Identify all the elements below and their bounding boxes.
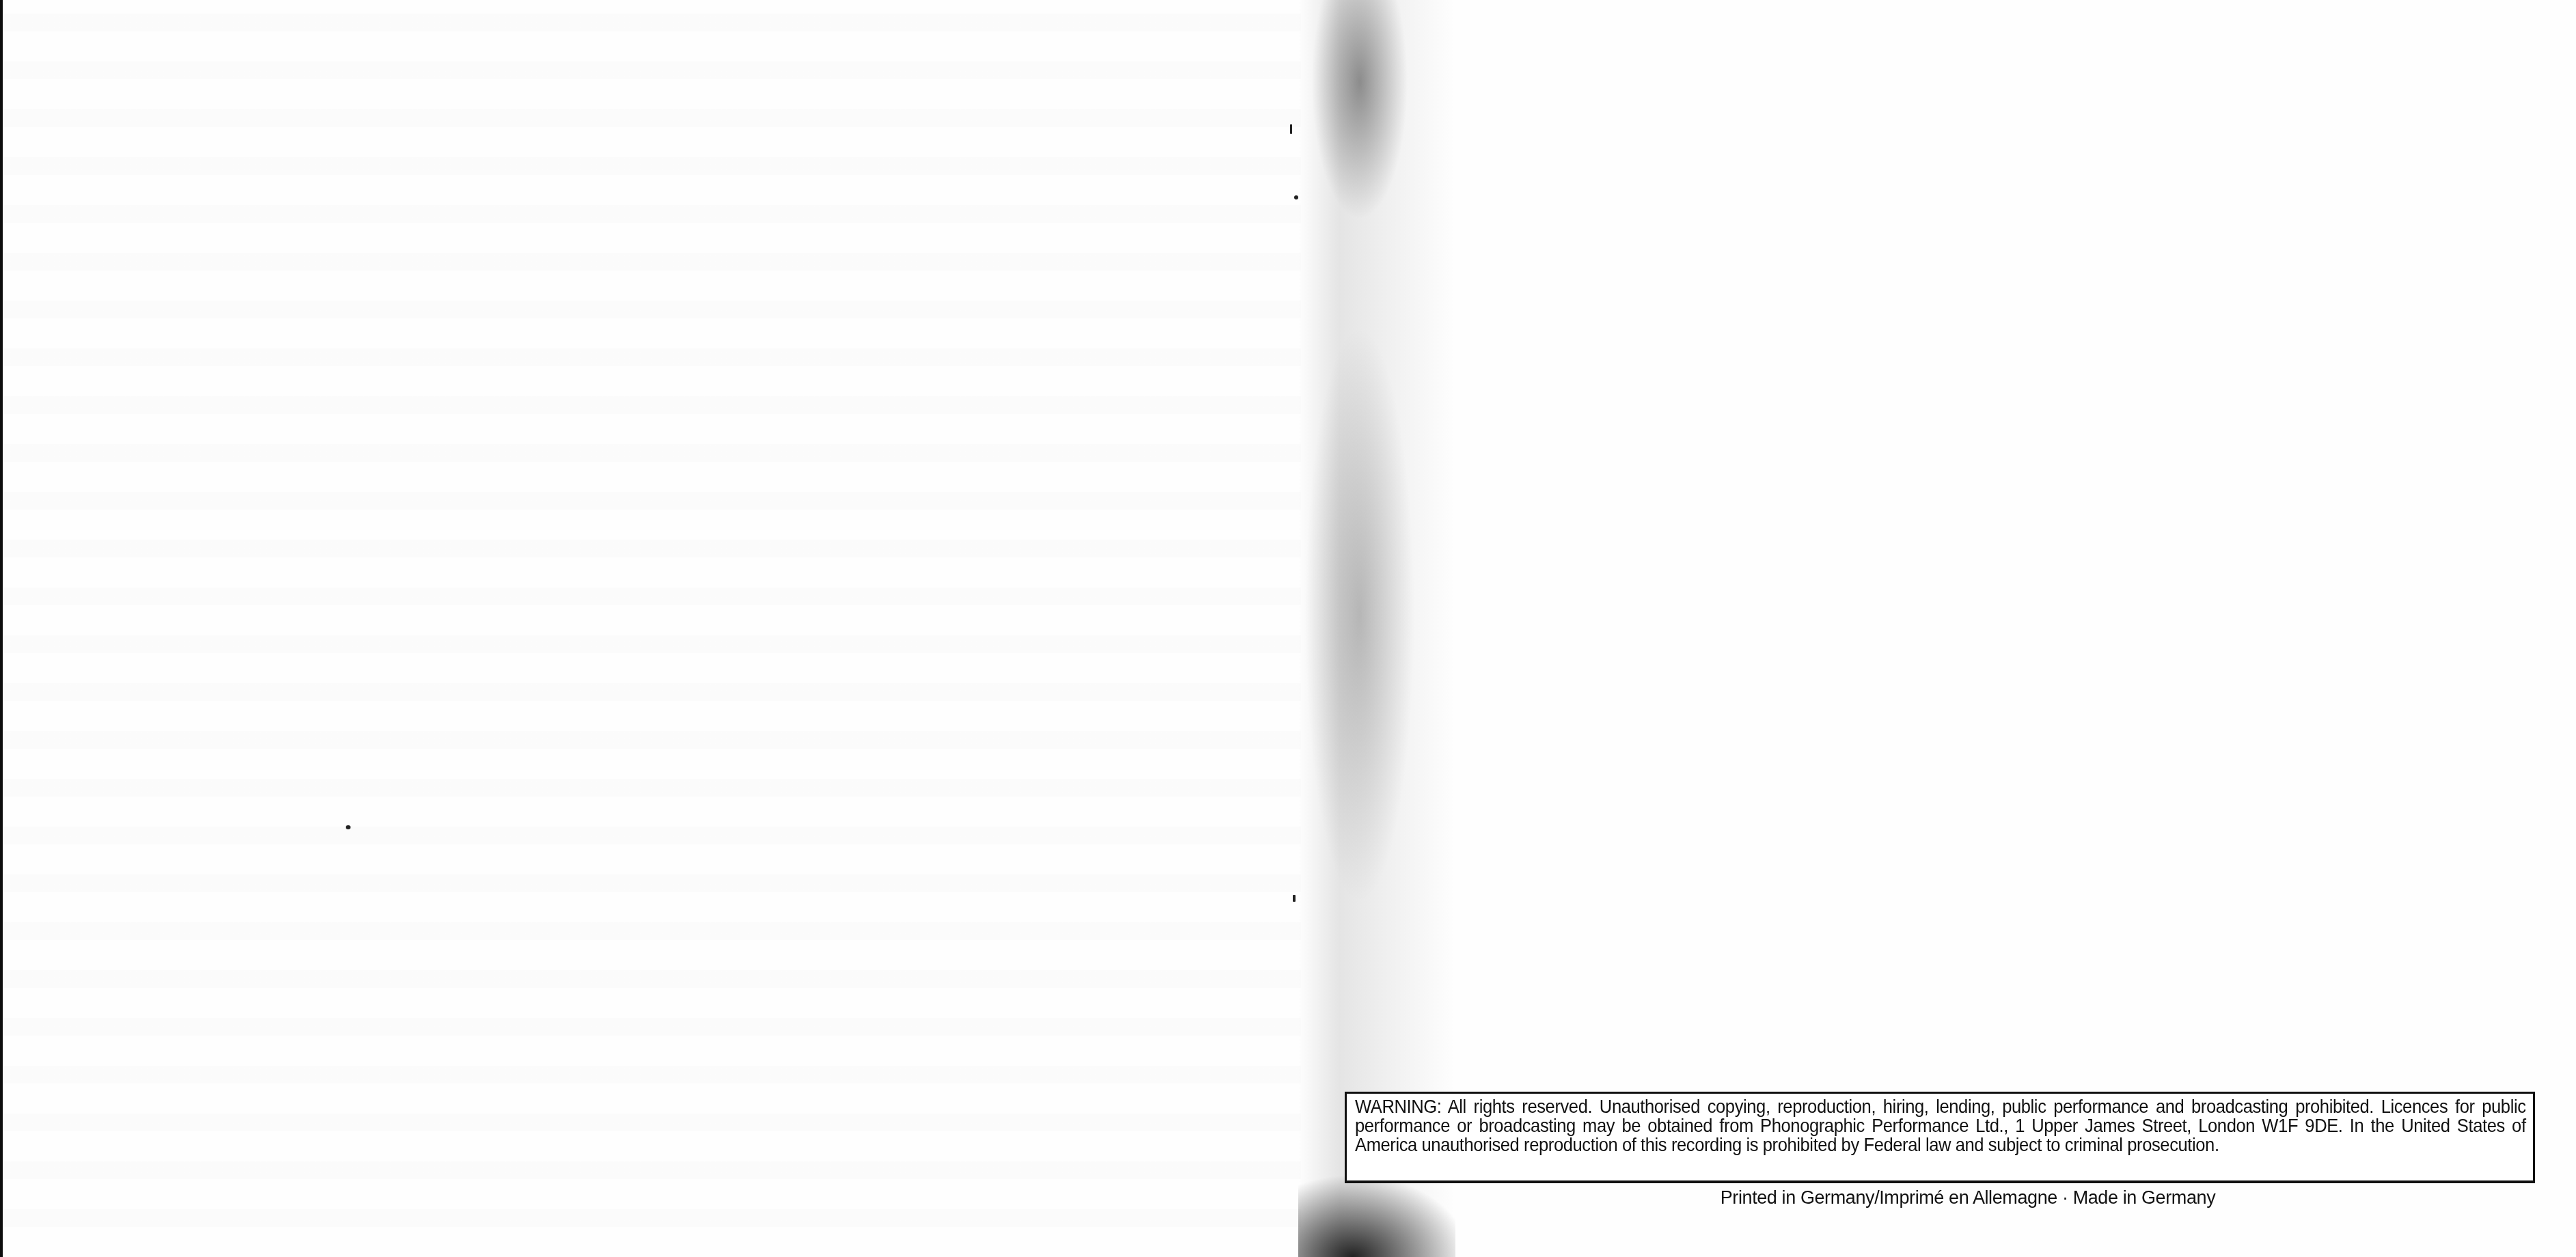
dust-speck xyxy=(1293,895,1296,902)
printed-in-germany-line: Printed in Germany/Imprimé en Allemagne … xyxy=(1319,1187,2576,1208)
copyright-warning-text: WARNING: All rights reserved. Unauthoris… xyxy=(1355,1097,2526,1155)
left-page xyxy=(3,0,1301,1257)
booklet-spread: WARNING: All rights reserved. Unauthoris… xyxy=(0,0,2576,1257)
dust-speck xyxy=(1290,124,1292,134)
copyright-warning-box: WARNING: All rights reserved. Unauthoris… xyxy=(1345,1092,2535,1183)
right-page: WARNING: All rights reserved. Unauthoris… xyxy=(1319,0,2576,1257)
dust-speck xyxy=(346,825,351,829)
